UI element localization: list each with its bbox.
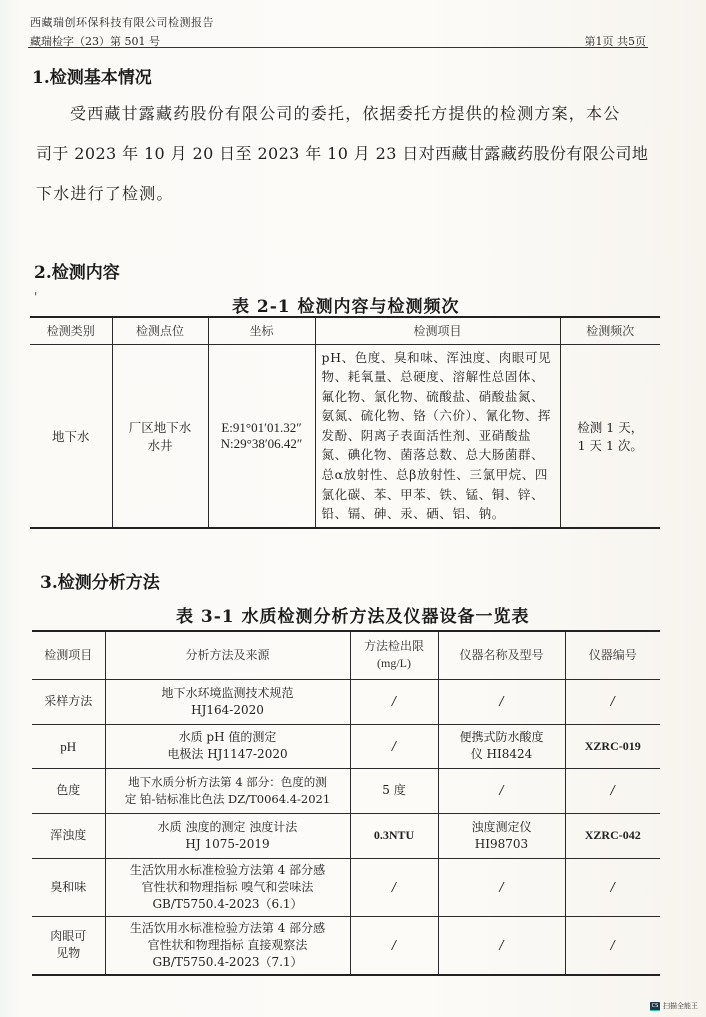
cell-instrument: 浊度测定仪 HI98703 — [438, 813, 565, 858]
cell-limit: / — [350, 724, 438, 768]
col-header-category: 检测类别 — [30, 317, 112, 344]
table-row: 臭和味 生活饮用水标准检验方法第 4 部分感 官性状和物理指标 嗅气和尝味法 G… — [32, 858, 660, 916]
col-header-frequency: 检测频次 — [560, 317, 660, 344]
table-analysis-methods: 检测项目 分析方法及来源 方法检出限 (mg/L) 仪器名称及型号 仪器编号 采… — [32, 630, 660, 976]
table-header-row: 检测项目 分析方法及来源 方法检出限 (mg/L) 仪器名称及型号 仪器编号 — [32, 631, 660, 679]
col-header-instrument: 仪器名称及型号 — [438, 631, 565, 679]
cell-limit: 0.3NTU — [350, 813, 438, 858]
paragraph-line-1: 受西藏甘露藏药股份有限公司的委托，依据委托方提供的检测方案，本公 — [36, 94, 656, 134]
cell-instrument: / — [438, 768, 565, 813]
cell-instrument-id: / — [565, 679, 660, 724]
section1-paragraph: 受西藏甘露藏药股份有限公司的委托，依据委托方提供的检测方案，本公 司于 2023… — [36, 94, 656, 214]
table-row: 采样方法 地下水环境监测技术规范 HJ164-2020 / / / — [32, 679, 660, 724]
col-header-location: 检测点位 — [112, 317, 208, 344]
cell-instrument-id: / — [565, 916, 660, 975]
col-header-instrument-id: 仪器编号 — [565, 631, 660, 679]
report-company-header: 西藏瑞创环保科技有限公司检测报告 — [30, 14, 214, 30]
cell-item: 肉眼可 见物 — [32, 916, 105, 975]
col-header-items: 检测项目 — [315, 317, 560, 344]
section1-title: 1.检测基本情况 — [32, 63, 152, 88]
paragraph-line-3: 下水进行了检测。 — [36, 174, 656, 214]
cell-frequency: 检测 1 天， 1 天 1 次。 — [560, 344, 660, 528]
cell-limit: / — [350, 916, 438, 975]
cell-category: 地下水 — [30, 344, 112, 528]
cell-method: 水质 pH 值的测定 电极法 HJ1147-2020 — [105, 724, 350, 768]
cell-limit: / — [350, 679, 438, 724]
cell-location: 厂区地下水 水井 — [112, 344, 208, 528]
cell-instrument-id: / — [565, 768, 660, 813]
cell-method: 地下水环境监测技术规范 HJ164-2020 — [105, 679, 350, 724]
cell-item: 采样方法 — [32, 679, 105, 724]
table-row: 地下水 厂区地下水 水井 E:91°01′01.32″ N:29°38′06.4… — [30, 344, 660, 528]
cell-coordinates: E:91°01′01.32″ N:29°38′06.42″ — [208, 344, 315, 528]
cell-limit: / — [350, 858, 438, 916]
table-row: 浑浊度 水质 浊度的测定 浊度计法 HJ 1075-2019 0.3NTU 浊度… — [32, 813, 660, 858]
table-row: pH 水质 pH 值的测定 电极法 HJ1147-2020 / 便携式防水酸度 … — [32, 724, 660, 768]
cell-method: 地下水质分析方法第 4 部分：色度的测 定 铂-钴标准比色法 DZ/T0064.… — [105, 768, 350, 813]
scan-speck: ' — [34, 290, 37, 304]
cell-instrument: / — [438, 679, 565, 724]
cell-method: 水质 浊度的测定 浊度计法 HJ 1075-2019 — [105, 813, 350, 858]
cell-instrument-id: / — [565, 858, 660, 916]
scanner-watermark: CS 扫描全能王 — [650, 1001, 698, 1011]
col-header-coordinates: 坐标 — [208, 317, 315, 344]
paragraph-line-2: 司于 2023 年 10 月 20 日至 2023 年 10 月 23 日对西藏… — [36, 134, 656, 174]
watermark-text: 扫描全能王 — [663, 1001, 698, 1011]
document-page: 西藏瑞创环保科技有限公司检测报告 藏瑞检字（23）第 501 号 第1页 共5页… — [0, 0, 706, 1017]
table-row: 色度 地下水质分析方法第 4 部分：色度的测 定 铂-钴标准比色法 DZ/T00… — [32, 768, 660, 813]
cell-instrument-id: XZRC-042 — [565, 813, 660, 858]
table-detection-content: 检测类别 检测点位 坐标 检测项目 检测频次 地下水 厂区地下水 水井 E:91… — [30, 316, 660, 529]
col-header-limit: 方法检出限 (mg/L) — [350, 631, 438, 679]
col-header-item: 检测项目 — [32, 631, 105, 679]
cell-instrument: 便携式防水酸度 仪 HI8424 — [438, 724, 565, 768]
col-header-method: 分析方法及来源 — [105, 631, 350, 679]
cell-item: 浑浊度 — [32, 813, 105, 858]
cell-method: 生活饮用水标准检验方法第 4 部分感 官性状和物理指标 直接观察法 GB/T57… — [105, 916, 350, 975]
cell-method: 生活饮用水标准检验方法第 4 部分感 官性状和物理指标 嗅气和尝味法 GB/T5… — [105, 858, 350, 916]
section3-title: 3.检测分析方法 — [40, 568, 160, 593]
header-rule — [28, 47, 648, 48]
cell-item: pH — [32, 724, 105, 768]
table3-caption: 表 3-1 水质检测分析方法及仪器设备一览表 — [176, 602, 530, 627]
cell-instrument: / — [438, 858, 565, 916]
table-header-row: 检测类别 检测点位 坐标 检测项目 检测频次 — [30, 317, 660, 344]
table2-caption: 表 2-1 检测内容与检测频次 — [232, 292, 460, 317]
cell-items: pH、色度、臭和味、浑浊度、肉眼可见物、耗氧量、总硬度、溶解性总固体、氟化物、氯… — [315, 344, 560, 528]
table-row: 肉眼可 见物 生活饮用水标准检验方法第 4 部分感 官性状和物理指标 直接观察法… — [32, 916, 660, 975]
cell-limit: 5 度 — [350, 768, 438, 813]
cell-instrument: / — [438, 916, 565, 975]
section2-title: 2.检测内容 — [34, 258, 120, 283]
cell-item: 臭和味 — [32, 858, 105, 916]
camscanner-logo-icon: CS — [650, 1002, 660, 1011]
cell-item: 色度 — [32, 768, 105, 813]
cell-instrument-id: XZRC-019 — [565, 724, 660, 768]
